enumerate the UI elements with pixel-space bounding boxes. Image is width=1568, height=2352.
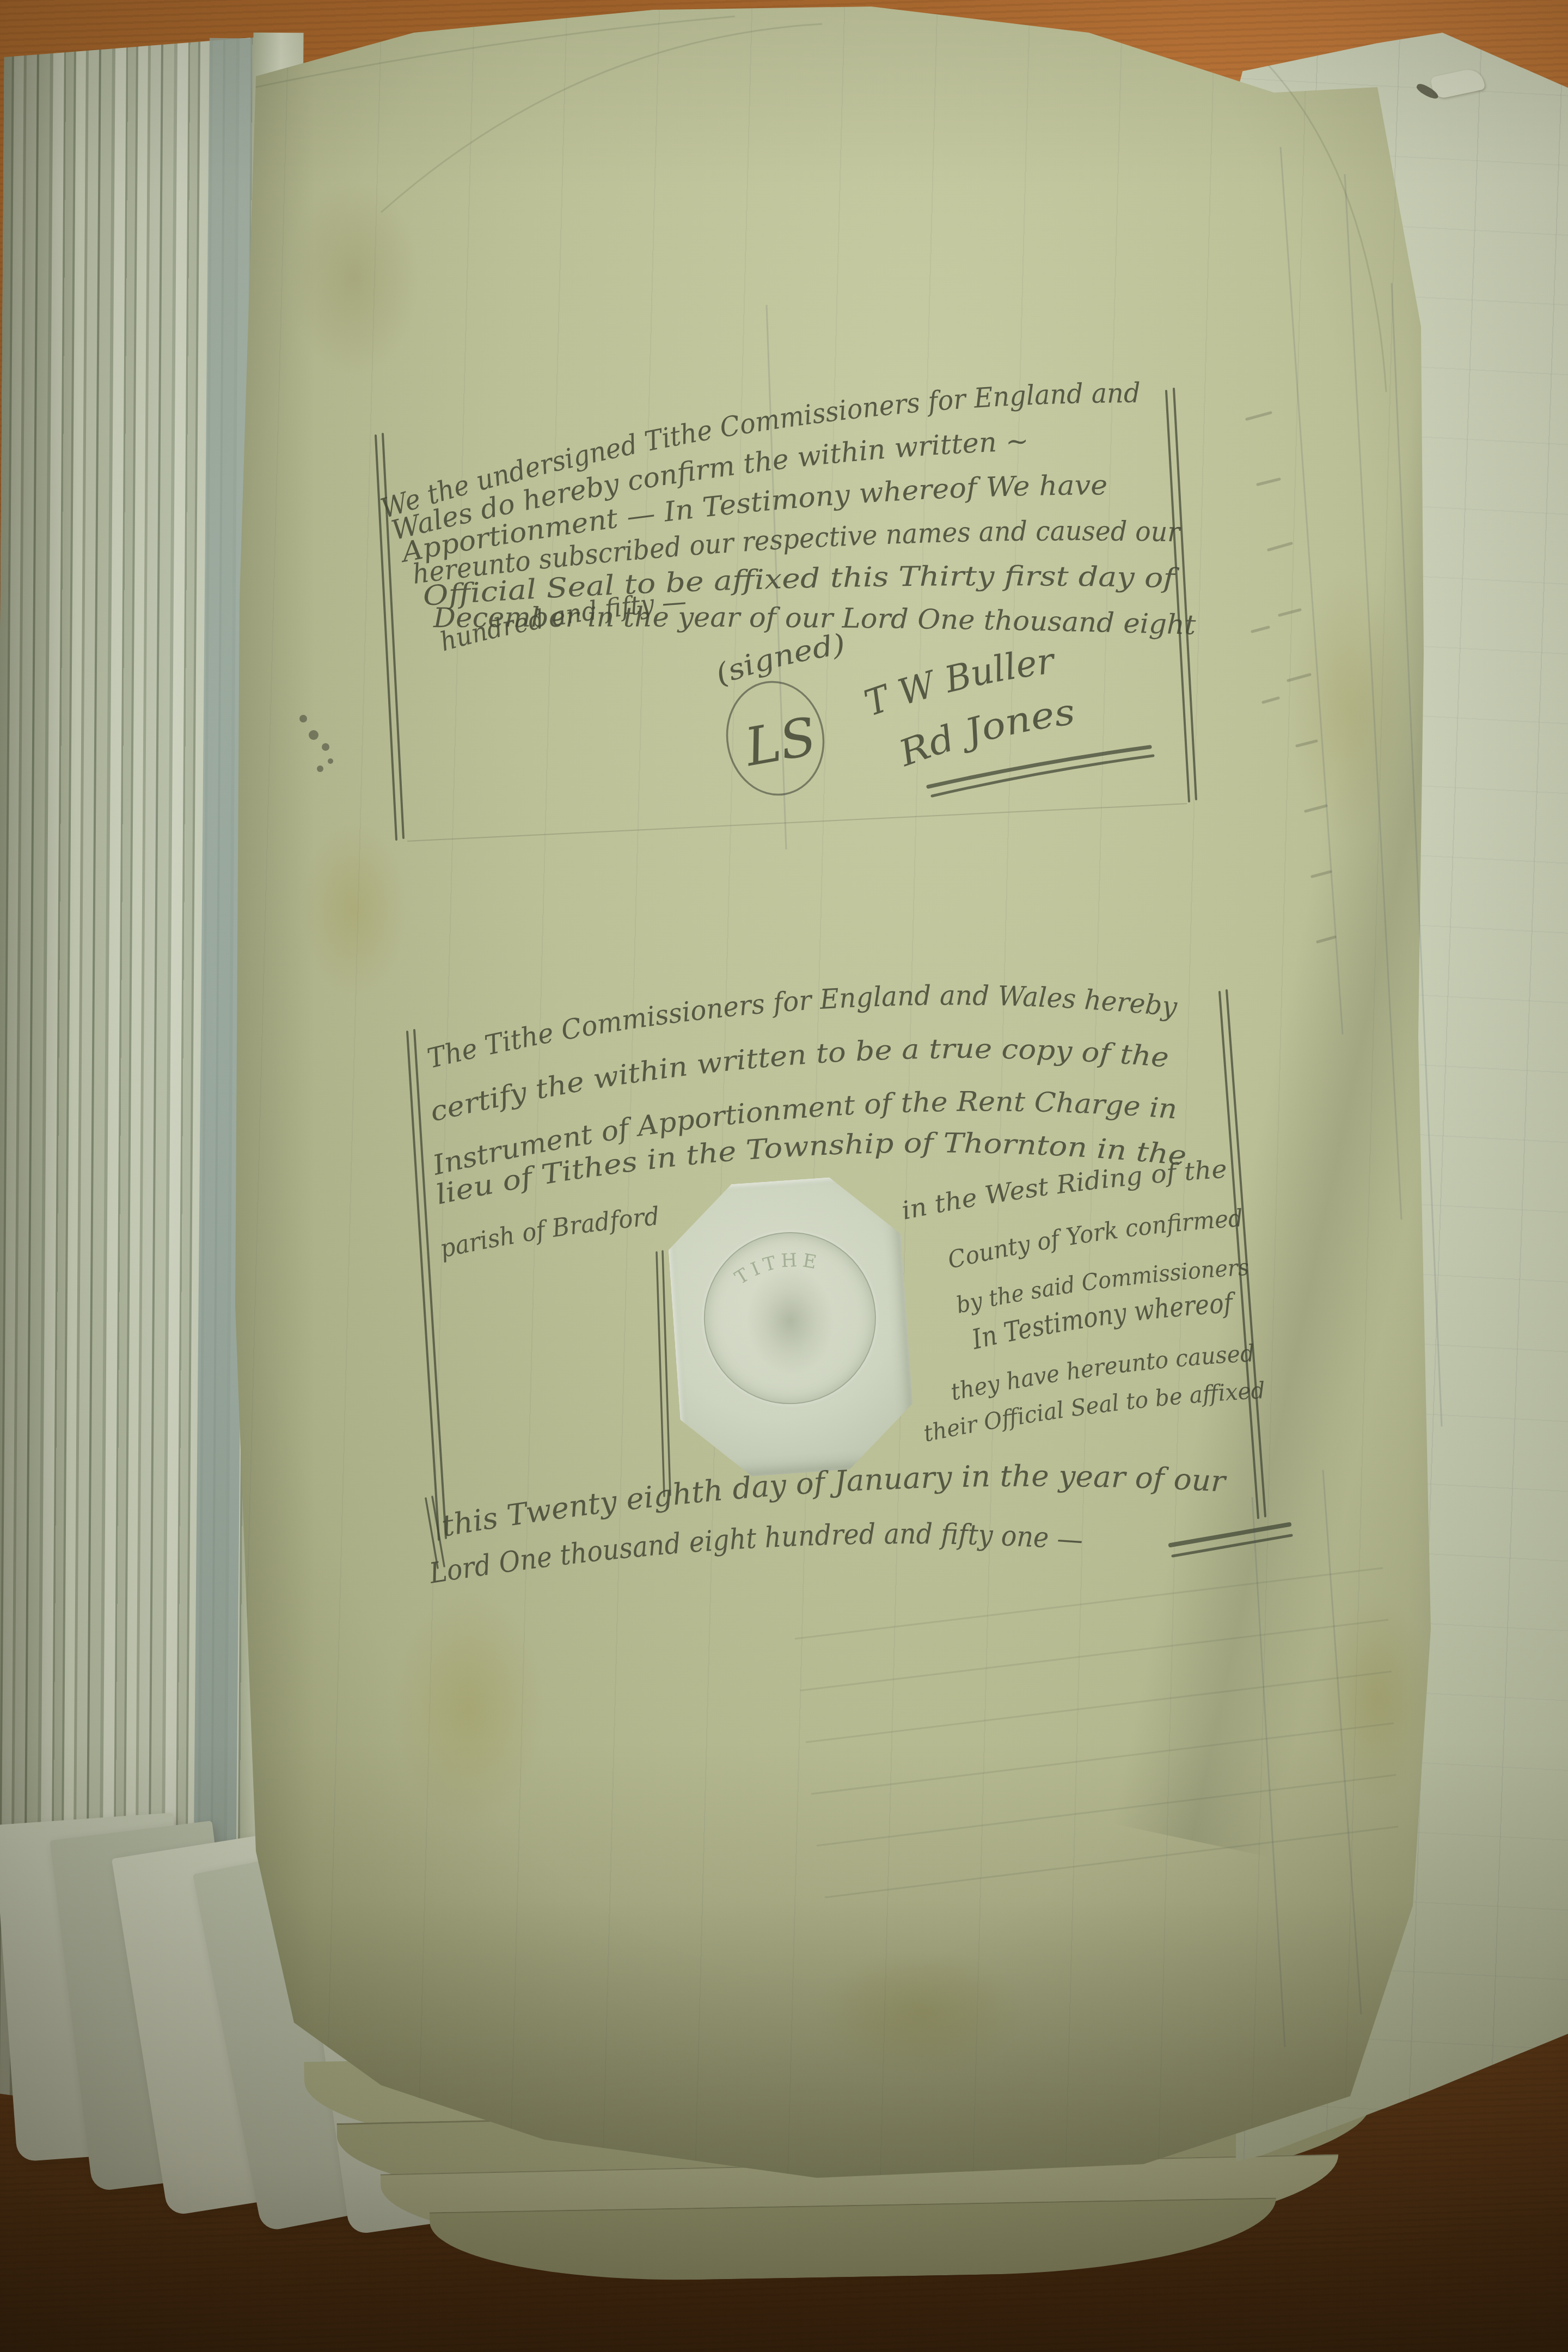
closing-flourish — [1171, 1524, 1291, 1556]
confirmation-right-rule — [1166, 389, 1196, 801]
parish-line: parish of Bradford — [437, 1201, 660, 1263]
photo-canvas: We the undersigned Tithe Commissioners f… — [0, 0, 1568, 2352]
ink-blots — [299, 715, 333, 772]
handwriting-layer: We the undersigned Tithe Commissioners f… — [0, 0, 1568, 2352]
seal-rim-text: TITHE — [731, 1249, 822, 1289]
crease-lines — [256, 16, 1386, 392]
faint-row-lines — [795, 1568, 1398, 1897]
bleed-through-marks — [1247, 413, 1335, 942]
confirmation-bottom-rule — [407, 804, 1187, 841]
seal-initials-text: LS — [740, 706, 821, 778]
bracket-mark — [657, 1251, 670, 1496]
